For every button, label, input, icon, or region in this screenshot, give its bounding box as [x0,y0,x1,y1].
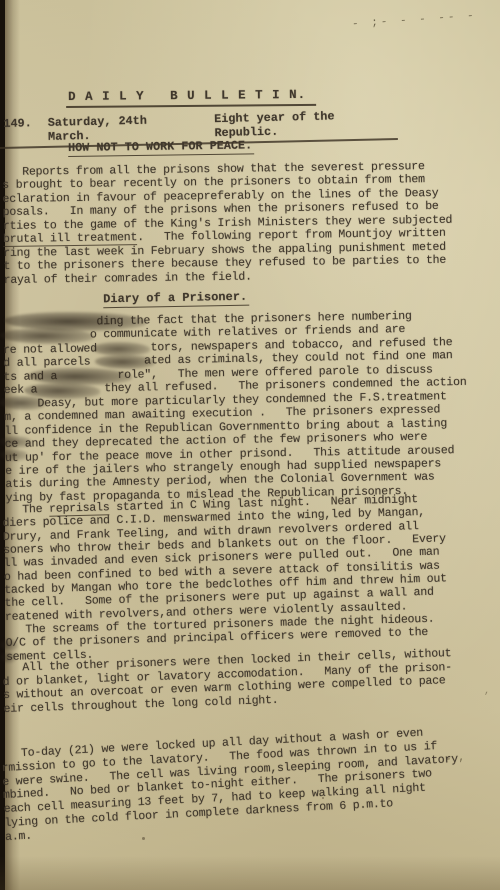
article-headline: HOW NOT TO WORK FOR PEACE. [68,138,254,157]
paragraph: Reports from all the prisons show that t… [2,159,500,287]
section-heading: Diary of a Prisoner. [103,290,249,309]
ink-smudge [0,436,32,448]
issue-number: 149. [3,116,32,145]
ink-smudge [0,639,18,651]
paragraph: The reprisals started in C Wing last nig… [2,491,500,664]
ink-smudge [0,652,16,663]
ink-smudge [0,449,28,461]
republic-year-text: Eight year of the Republic. [214,108,398,140]
bulletin-title: D A I L Y B U L L E T I N. [66,88,316,108]
pencil-dash-marks: - ;- - - -- - [352,9,492,31]
scanned-document-page: - ;- - - -- - - , , D A I L Y B U L L E … [0,0,500,890]
ink-smudge [0,396,46,410]
paragraph: To-day (21) we were locked up all day wi… [1,723,500,845]
bottom-edge-shadow [0,856,500,890]
